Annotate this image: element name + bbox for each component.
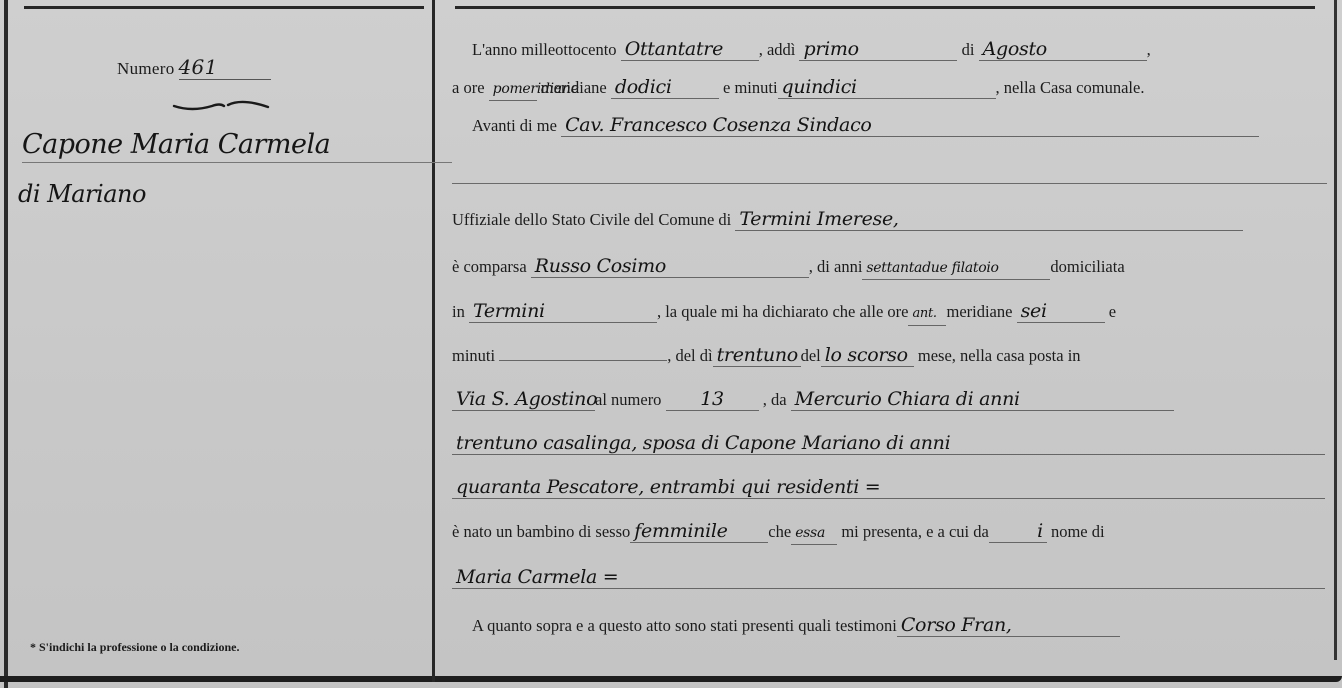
field-mother: Mercurio Chiara di anni [791,388,1174,411]
record-line-address: Via S. Agostinoal numero 13 , da Mercuri… [452,388,1327,418]
field-residence: Termini [469,300,657,323]
record-line-father-profession: quaranta Pescatore, entrambi qui residen… [452,476,1327,506]
record-line-child: è nato un bambino di sessofemminilechees… [452,520,1327,550]
record-number-label: Numero [117,59,175,78]
column-divider [432,0,435,682]
field-day: primo [799,38,957,61]
record-line-comune: Uffiziale dello Stato Civile del Comune … [452,208,1327,238]
record-line-birth-date: minuti , del dìtrentunodello scorso mese… [452,344,1327,374]
field-child-name: Maria Carmela = [452,566,1325,589]
flourish-ornament-icon [172,98,272,112]
record-line-year: L'anno milleottocento Ottantatre, addì p… [452,38,1327,68]
frame-bottom-border [0,676,1342,682]
top-rule-right [455,6,1315,9]
civil-record-page: Numero461 Capone Maria Carmela di Marian… [0,0,1342,688]
field-minutes: quindici [778,76,996,99]
field-house-number: 13 [666,388,759,411]
field-year: Ottantatre [621,38,759,61]
record-line-child-name: Maria Carmela = [452,566,1327,596]
field-declarant-name: Russo Cosimo [531,255,809,278]
field-birth-month: lo scorso [821,344,914,367]
record-line-witnesses: A quanto sopra e a questo atto sono stat… [452,614,1327,644]
field-witnesses: Corso Fran, [897,614,1120,637]
subject-name: Capone Maria Carmela [22,128,452,163]
record-line-parents: trentuno casalinga, sposa di Capone Mari… [452,432,1327,462]
record-line-declarant: è comparsa Russo Cosimo, di annisettanta… [452,255,1327,285]
field-period: pomeridiane [489,78,537,101]
field-birth-hour: sei [1017,300,1105,323]
record-number-value: 461 [179,55,271,80]
field-month: Agosto [979,38,1147,61]
field-street: Via S. Agostino [452,388,595,411]
field-father-profession: quaranta Pescatore, entrambi qui residen… [452,476,1325,499]
field-hour: dodici [611,76,719,99]
field-officer-name: Cav. Francesco Cosenza Sindaco [561,114,1259,137]
footnote: * S'indichi la professione o la condizio… [30,640,239,655]
field-name-count: i [989,520,1047,543]
record-line-officer: Avanti di me Cav. Francesco Cosenza Sind… [452,114,1327,144]
record-number: Numero461 [117,55,271,80]
field-declarant-age-profession: settantadue filatoio [862,257,1050,280]
field-birth-minutes [499,360,667,361]
frame-right-border [1334,0,1337,660]
field-birth-period: ant. [908,303,946,326]
field-birth-day: trentuno [713,344,801,367]
record-line-residence: in Termini, la quale mi ha dichiarato ch… [452,300,1327,330]
frame-left-border [4,0,8,688]
field-comune: Termini Imerese, [735,208,1243,231]
field-sex: femminile [630,520,768,543]
blank-rule [452,183,1327,184]
subject-father: di Mariano [18,180,146,208]
field-presenter: essa [791,522,837,545]
top-rule-left [24,6,424,9]
record-line-time: a ore pomeridiane meridiane dodici e min… [452,76,1327,106]
field-parents: trentuno casalinga, sposa di Capone Mari… [452,432,1325,455]
